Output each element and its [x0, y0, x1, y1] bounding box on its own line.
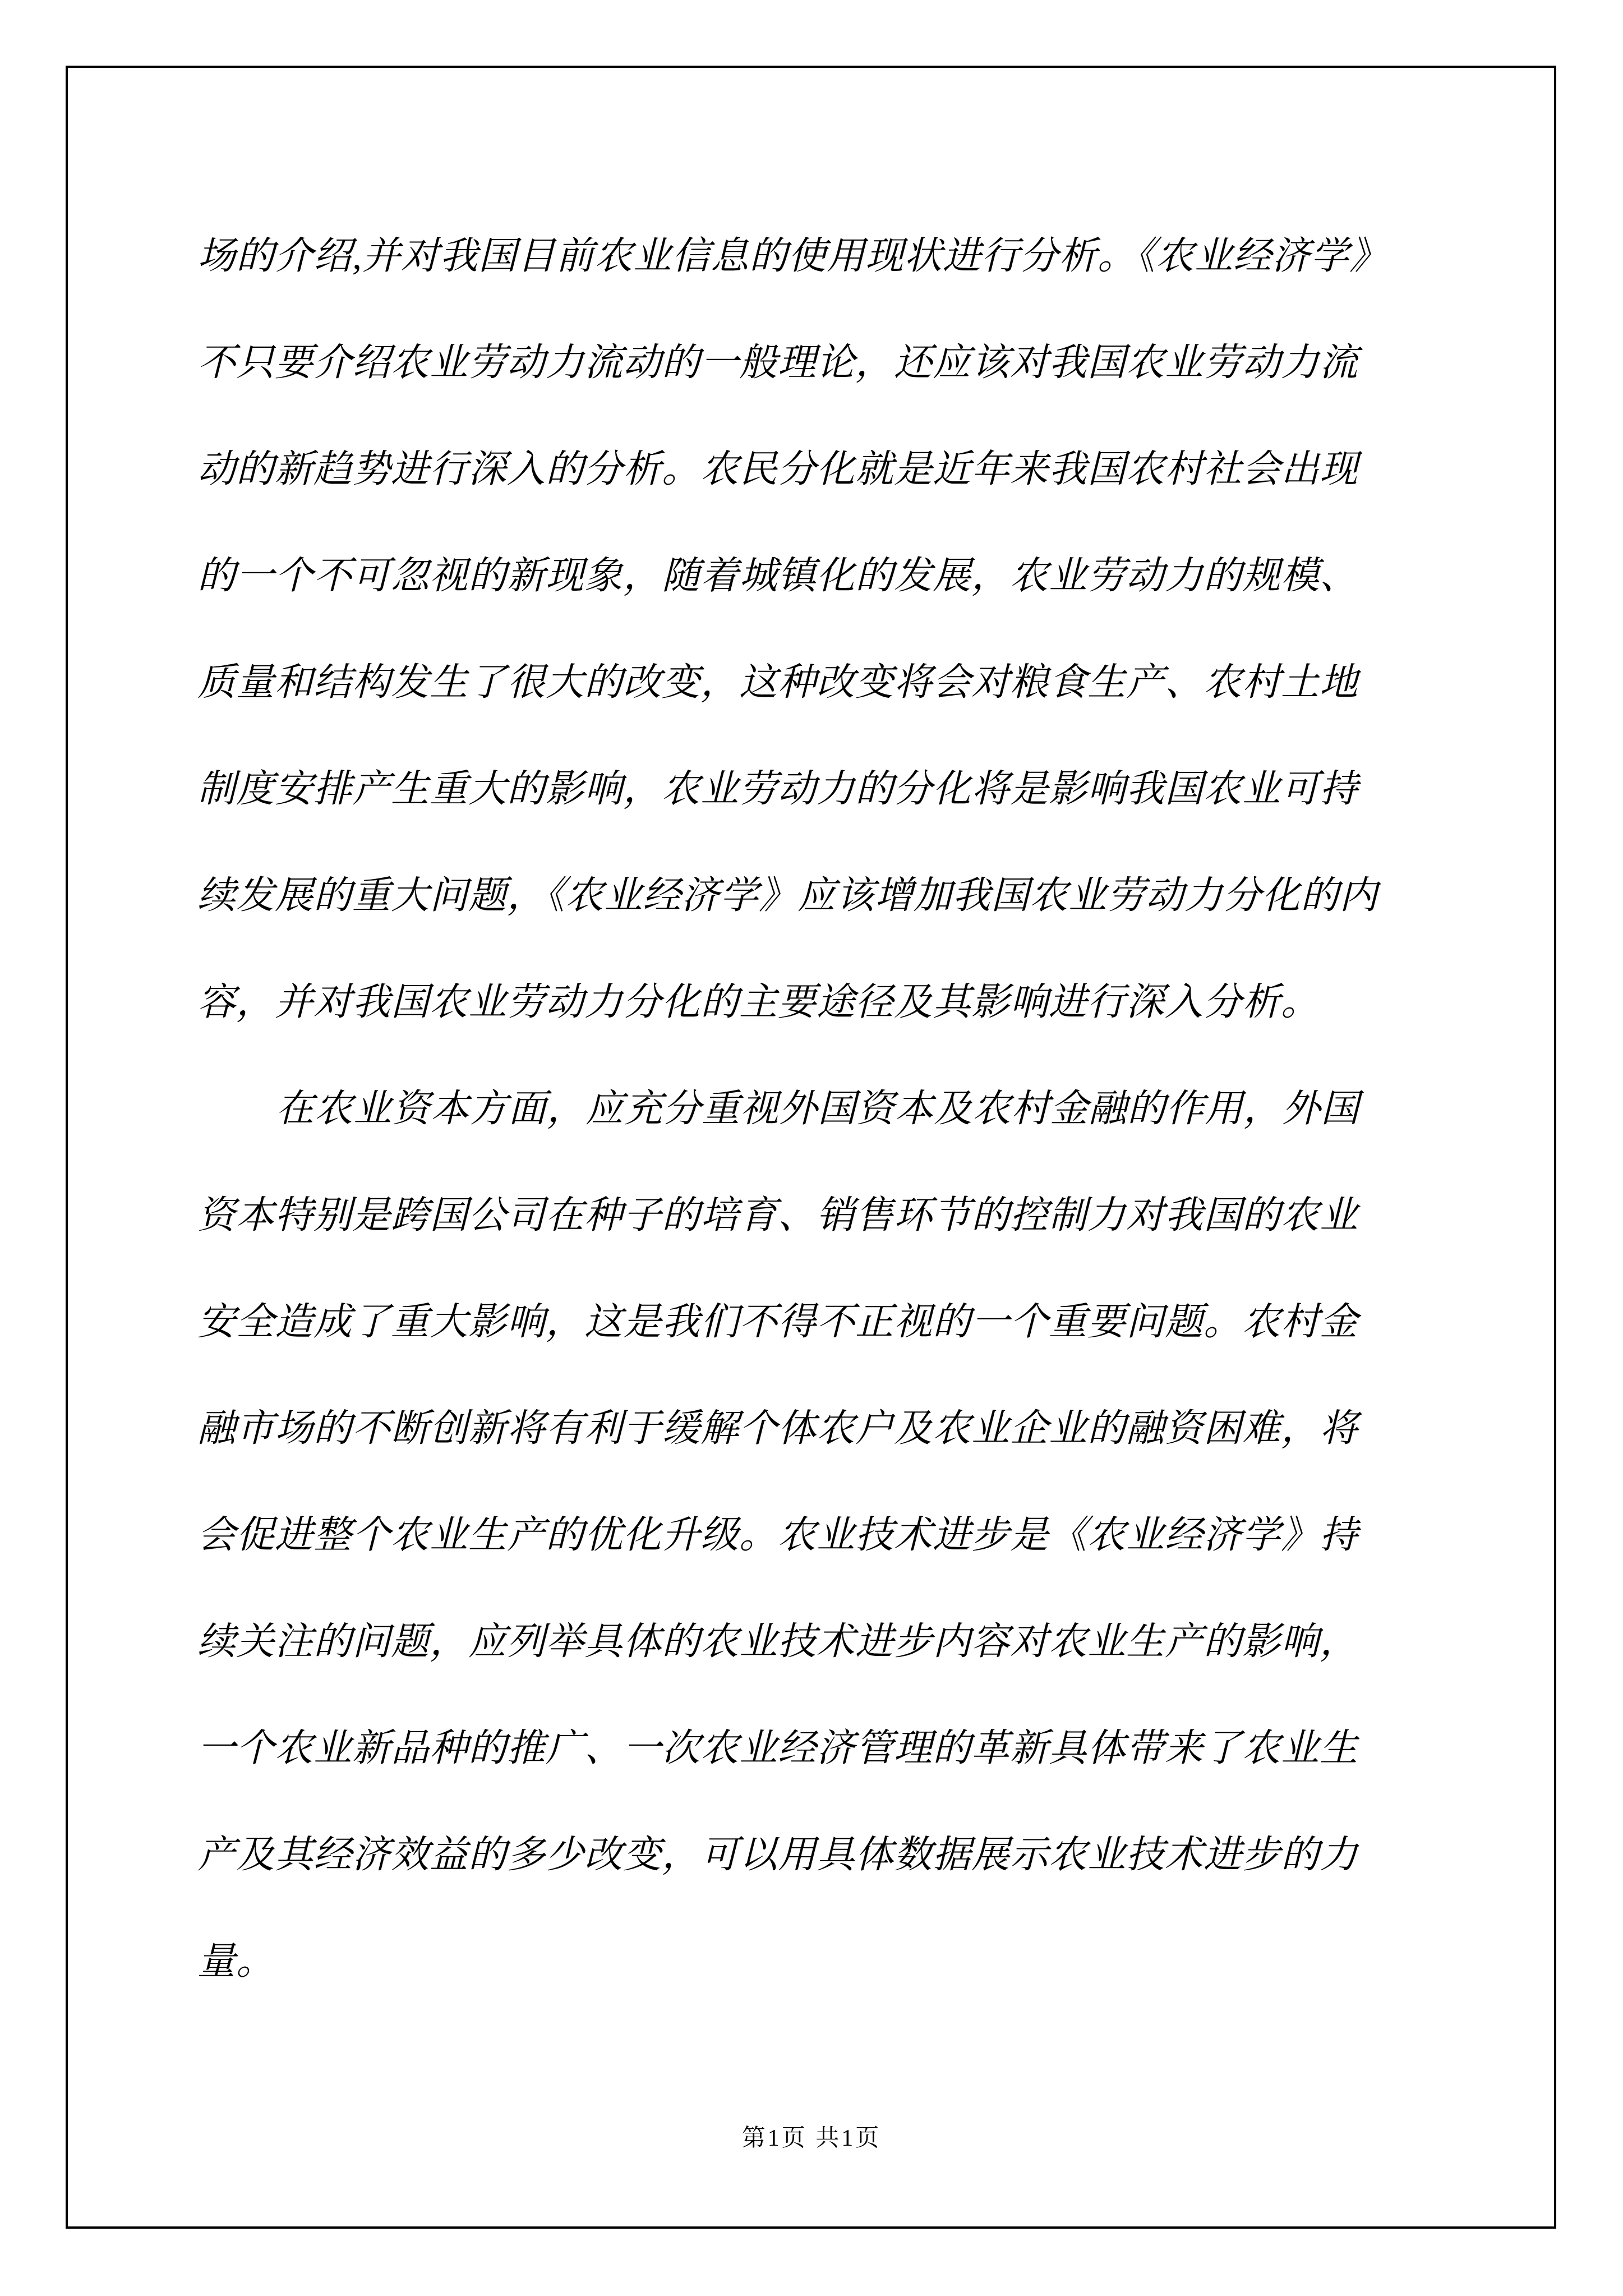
text-line-12: 融市场的不断创新将有利于缓解个体农户及农业企业的融资困难，将: [197, 1375, 1438, 1481]
text-line-16: 产及其经济效益的多少改变，可以用具体数据展示农业技术进步的力: [197, 1801, 1438, 1908]
text-line-3: 动的新趋势进行深入的分析。农民分化就是近年来我国农村社会出现: [197, 416, 1438, 522]
text-line-6: 制度安排产生重大的影响，农业劳动力的分化将是影响我国农业可持: [197, 735, 1438, 842]
text-line-2: 不只要介绍农业劳动力流动的一般理论，还应该对我国农业劳动力流: [197, 309, 1438, 416]
text-line-7: 续发展的重大问题，《农业经济学》应该增加我国农业劳动力分化的内: [197, 842, 1438, 949]
text-line-1: 场的介绍,并对我国目前农业信息的使用现状进行分析。《农业经济学》: [197, 203, 1438, 309]
text-line-10: 资本特别是跨国公司在种子的培育、销售环节的控制力对我国的农业: [197, 1162, 1438, 1268]
text-line-15: 一个农业新品种的推广、一次农业经济管理的革新具体带来了农业生: [197, 1695, 1438, 1801]
text-line-11: 安全造成了重大影响，这是我们不得不正视的一个重要问题。农村金: [197, 1268, 1438, 1375]
text-line-4: 的一个不可忽视的新现象，随着城镇化的发展，农业劳动力的规模、: [197, 522, 1438, 629]
document-page: 场的介绍,并对我国目前农业信息的使用现状进行分析。《农业经济学》 不只要介绍农业…: [0, 0, 1623, 2296]
text-line-5: 质量和结构发生了很大的改变，这种改变将会对粮食生产、农村土地: [197, 629, 1438, 735]
text-line-13: 会促进整个农业生产的优化升级。农业技术进步是《农业经济学》持: [197, 1481, 1438, 1588]
text-line-14: 续关注的问题，应列举具体的农业技术进步内容对农业生产的影响，: [197, 1588, 1438, 1695]
text-line-8: 容，并对我国农业劳动力分化的主要途径及其影响进行深入分析。: [197, 949, 1438, 1055]
text-line-9: 在农业资本方面，应充分重视外国资本及农村金融的作用，外国: [197, 1055, 1438, 1162]
text-line-17: 量。: [197, 1908, 1438, 2014]
body-text-block: 场的介绍,并对我国目前农业信息的使用现状进行分析。《农业经济学》 不只要介绍农业…: [197, 203, 1438, 2014]
page-footer-label: 第1页 共1页: [0, 2119, 1623, 2153]
